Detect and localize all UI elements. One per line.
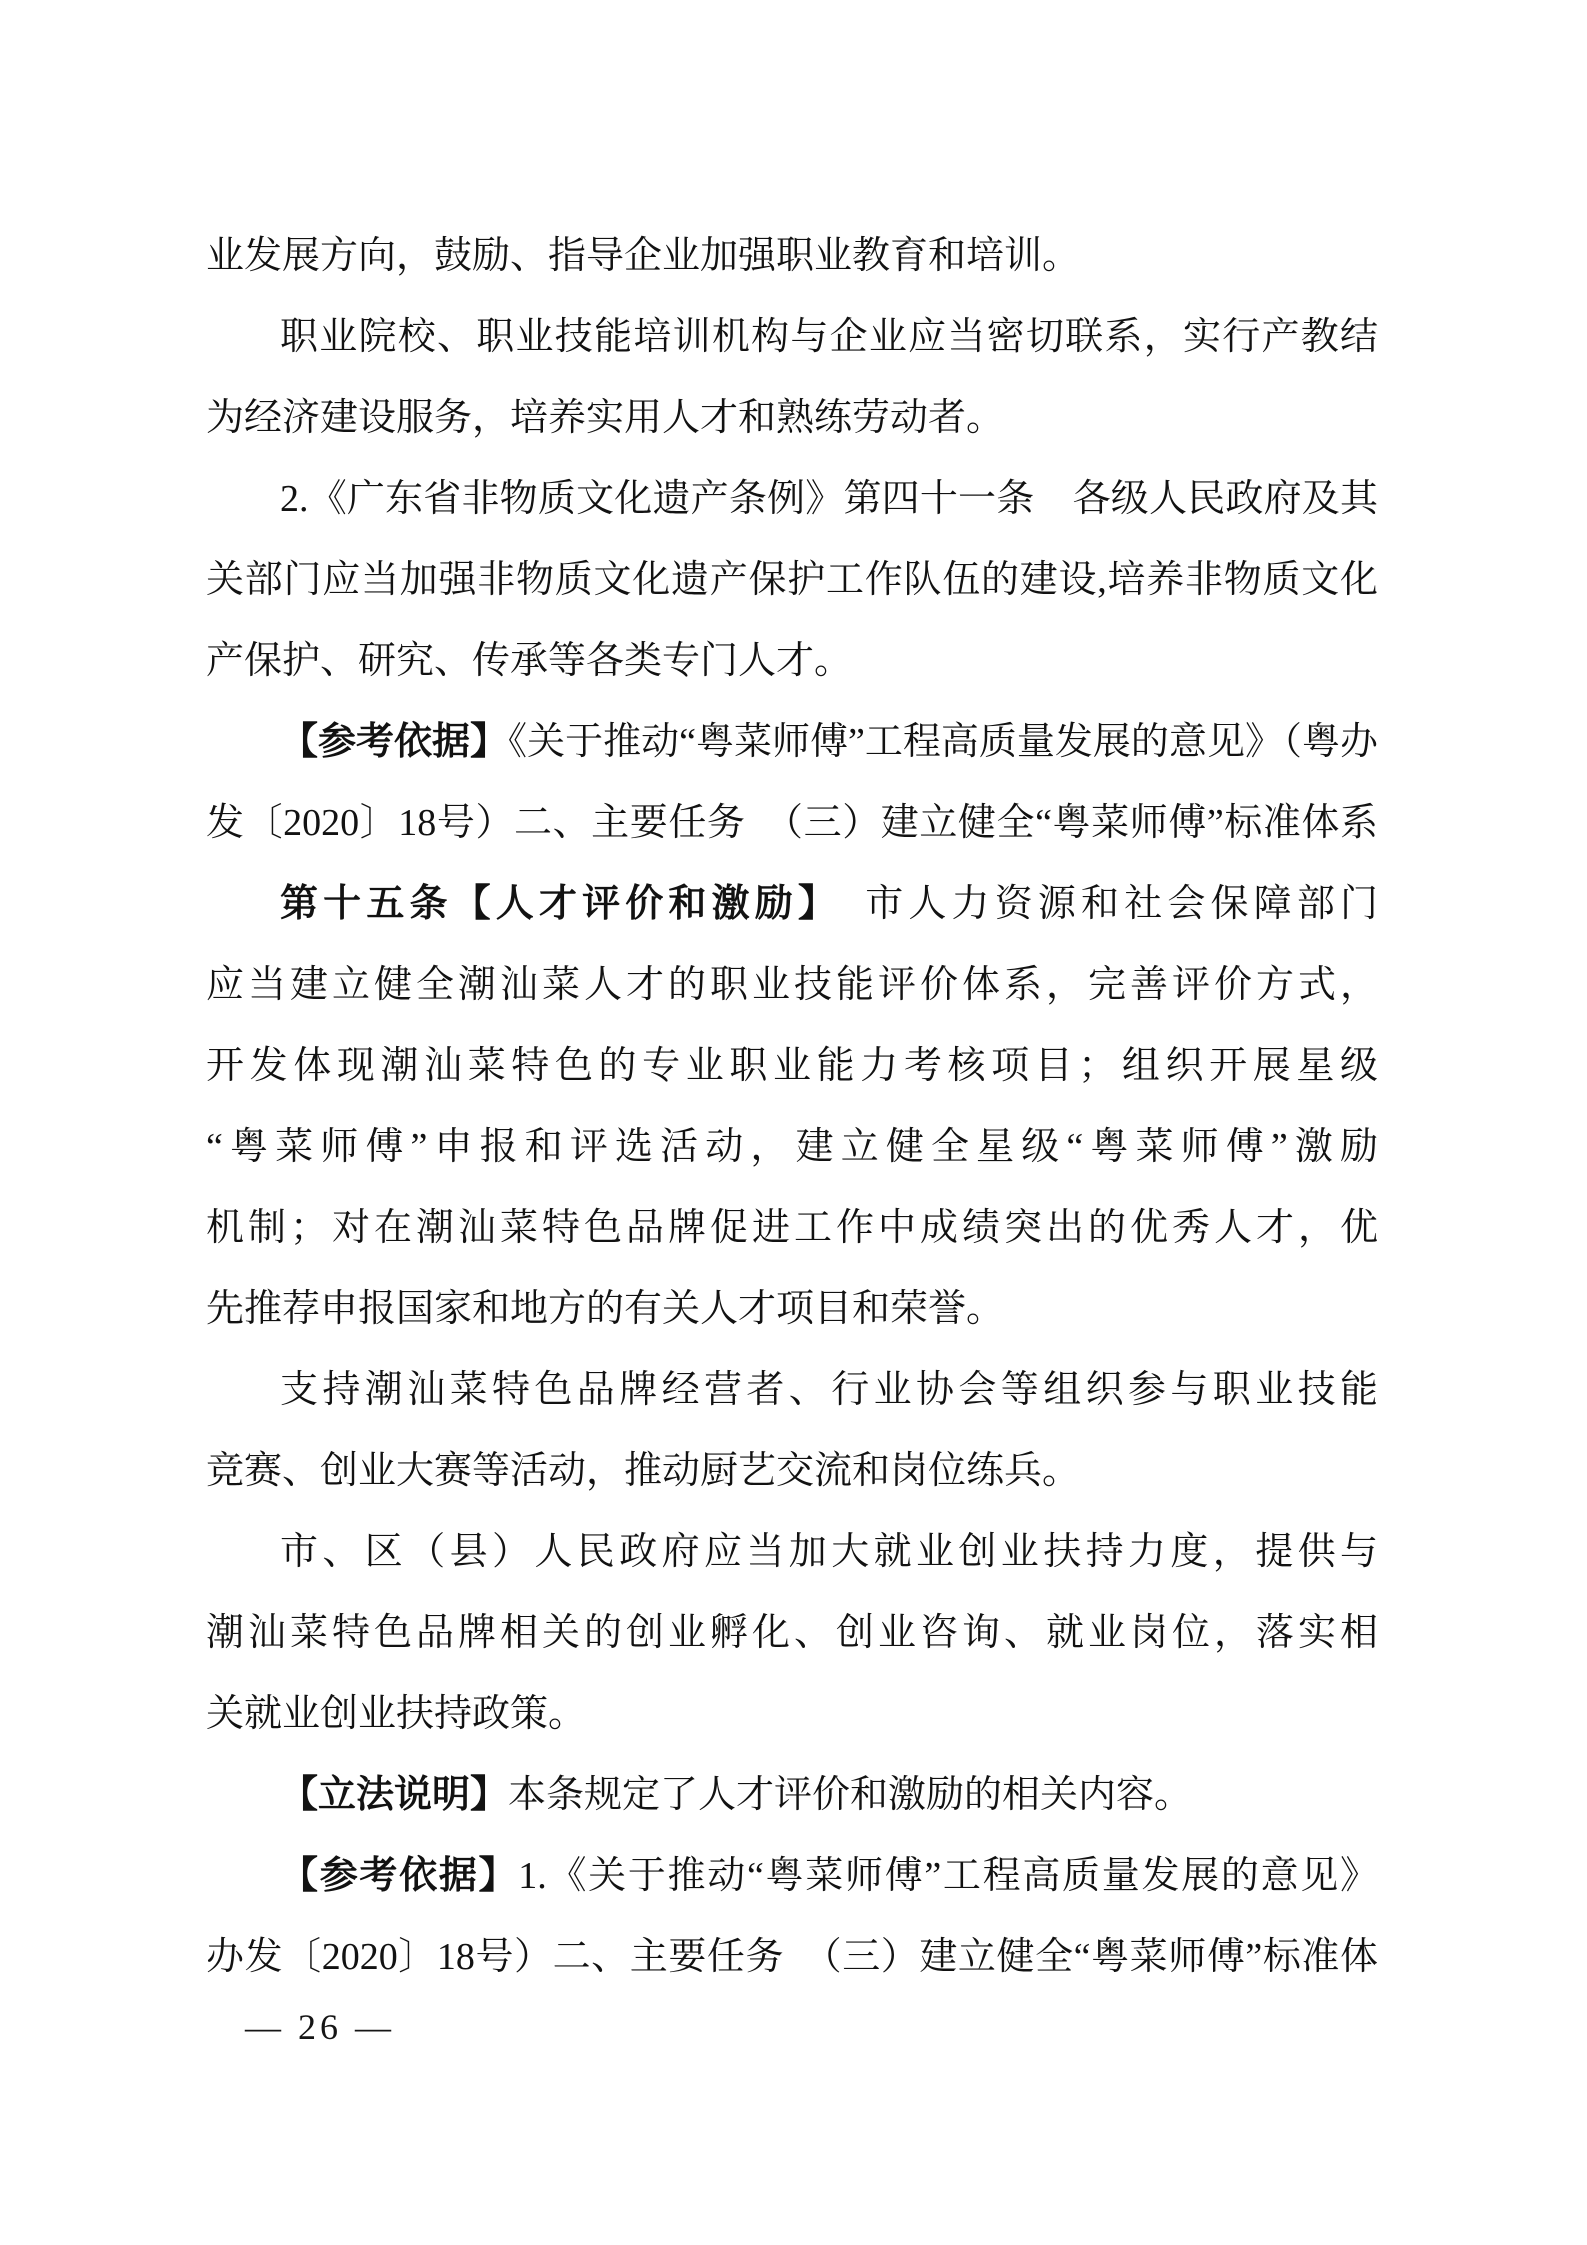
citation-line: 产保护、研究、传承等各类专门人才。 [206,621,1378,702]
body-line: 市、区（县）人民政府应当加大就业创业扶持力度，提供与 [206,1512,1378,1593]
article-heading: 第十五条【人才评价和激励】 [280,883,822,925]
page-number: — 26 — [245,2002,395,2052]
body-line: 竞赛、创业大赛等活动，推动厨艺交流和岗位练兵。 [206,1431,1378,1512]
body-line: 应当建立健全潮汕菜人才的职业技能评价体系，完善评价方式， [206,945,1378,1026]
body-line: 潮汕菜特色品牌相关的创业孵化、创业咨询、就业岗位，落实相 [206,1593,1378,1674]
body-line: “粤菜师傅”申报和评选活动，建立健全星级“粤菜师傅”激励 [206,1107,1378,1188]
legislative-note-text: 本条规定了人才评价和激励的相关内容。 [508,1774,1192,1816]
body-line: 为经济建设服务，培养实用人才和熟练劳动者。 [206,378,1378,459]
legislative-note-line: 【立法说明】本条规定了人才评价和激励的相关内容。 [206,1755,1378,1836]
document-page: 业发展方向，鼓励、指导企业加强职业教育和培训。 职业院校、职业技能培训机构与企业… [0,0,1587,2245]
reference-note-line: 【参考依据】《关于推动“粤菜师傅”工程高质量发展的意见》（粤办 [206,702,1378,783]
reference-label: 【参考依据】 [280,721,508,763]
citation-line: 2.《广东省非物质文化遗产条例》第四十一条 各级人民政府及其有 [206,459,1378,540]
body-line: 支持潮汕菜特色品牌经营者、行业协会等组织参与职业技能 [206,1350,1378,1431]
reference-text: 《关于推动“粤菜师傅”工程高质量发展的意见》（粤办 [508,721,1378,763]
body-line: 业发展方向，鼓励、指导企业加强职业教育和培训。 [206,216,1378,297]
reference-note-line: 发〔2020〕18号）二、主要任务 （三）建立健全“粤菜师傅”标准体系 [206,783,1378,864]
legislative-note-label: 【立法说明】 [280,1774,508,1816]
body-line: 开发体现潮汕菜特色的专业职业能力考核项目；组织开展星级 [206,1026,1378,1107]
body-line: 职业院校、职业技能培训机构与企业应当密切联系，实行产教结合， [206,297,1378,378]
reference-note-line: 办发〔2020〕18号）二、主要任务 （三）建立健全“粤菜师傅”标准体 [206,1917,1378,1998]
reference-label: 【参考依据】 [280,1855,518,1897]
body-line: 机制；对在潮汕菜特色品牌促进工作中成绩突出的优秀人才，优 [206,1188,1378,1269]
citation-line: 关部门应当加强非物质文化遗产保护工作队伍的建设,培养非物质文化遗 [206,540,1378,621]
article-heading-line: 第十五条【人才评价和激励】 市人力资源和社会保障部门 [206,864,1378,945]
document-text-block: 业发展方向，鼓励、指导企业加强职业教育和培训。 职业院校、职业技能培训机构与企业… [206,216,1378,1998]
body-line: 先推荐申报国家和地方的有关人才项目和荣誉。 [206,1269,1378,1350]
body-line: 关就业创业扶持政策。 [206,1674,1378,1755]
reference-note-line: 【参考依据】1.《关于推动“粤菜师傅”工程高质量发展的意见》（粤 [206,1836,1378,1917]
article-body-start: 市人力资源和社会保障部门 [822,883,1378,925]
